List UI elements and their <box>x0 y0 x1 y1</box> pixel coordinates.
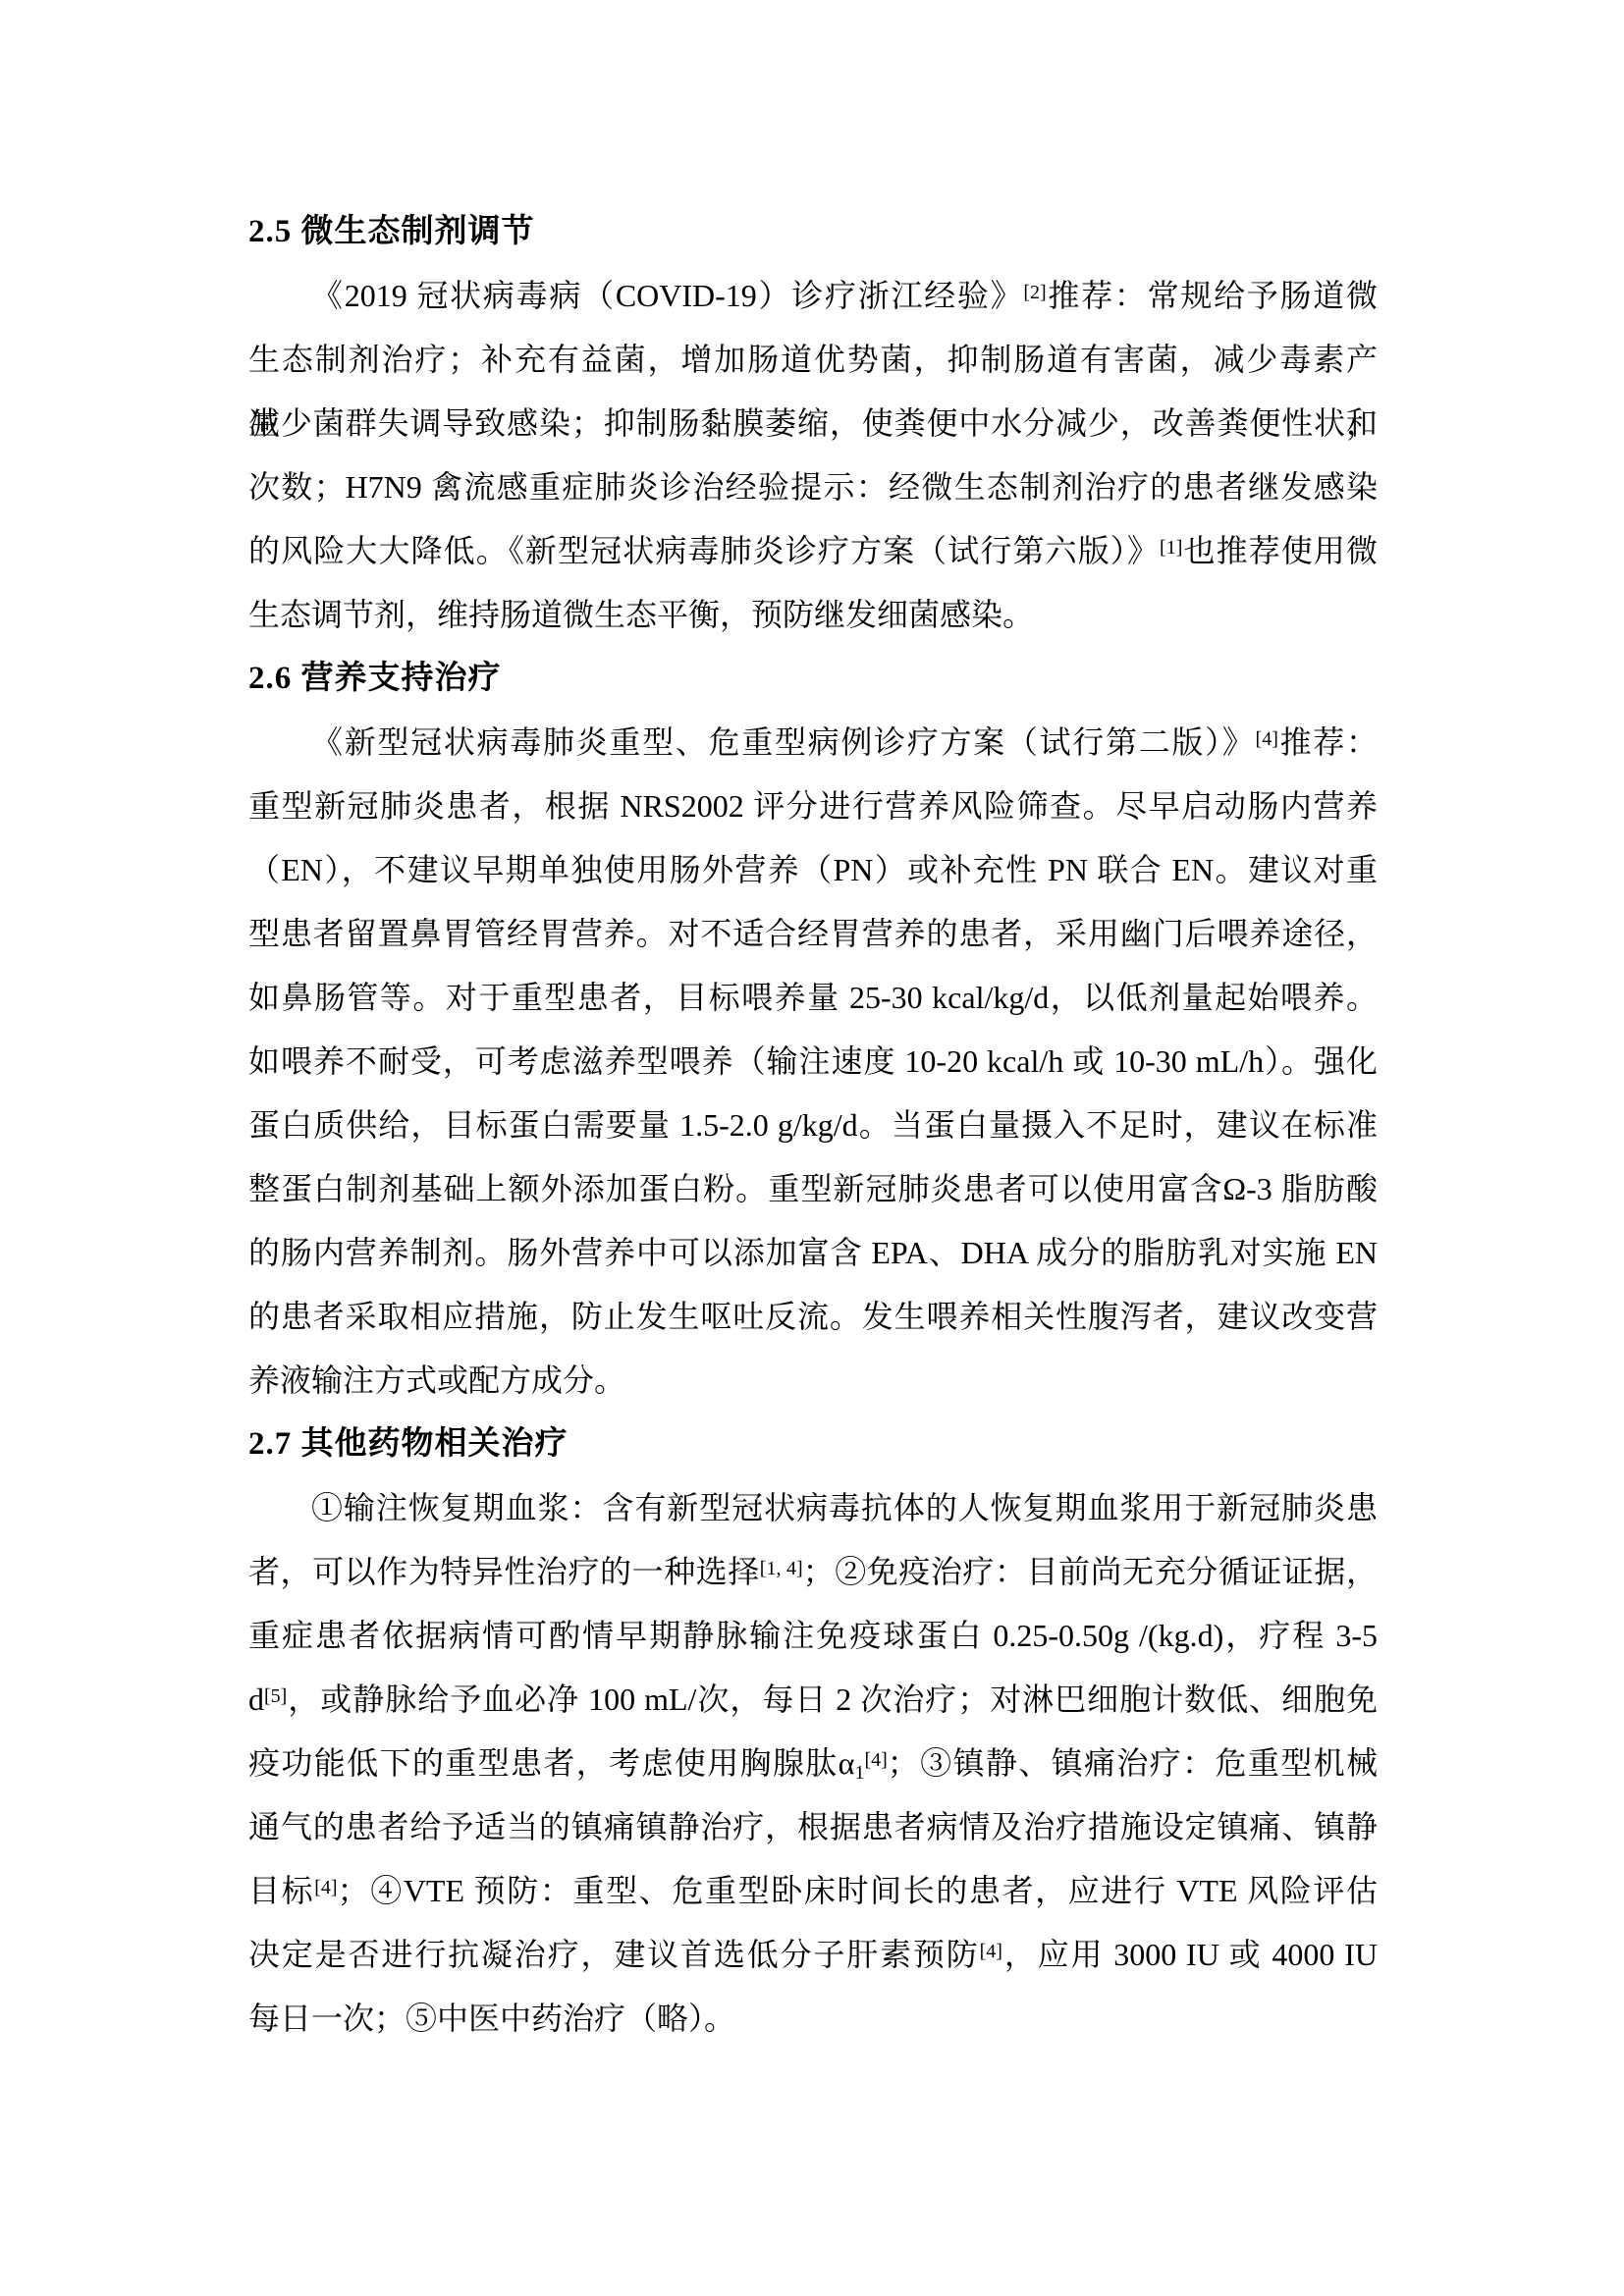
text-segment: 次数；H7N9 禽流感重症肺炎诊治经验提示：经微生态制剂治疗的患者继发感染 <box>248 469 1378 505</box>
text-segment: 的风险大大降低。《新型冠状病毒肺炎诊疗方案（试行第六版）》 <box>248 533 1160 568</box>
text-segment: 如鼻肠管等。对于重型患者，目标喂养量 25-30 kcal/kg/d，以低剂量起… <box>248 980 1378 1015</box>
text-segment: 推荐：常规给予肠道微 <box>1047 278 1378 313</box>
text-segment: 的患者采取相应措施，防止发生呕吐反流。发生喂养相关性腹泻者，建议改变营 <box>248 1299 1378 1334</box>
text-line: 次数；H7N9 禽流感重症肺炎诊治经验提示：经微生态制剂治疗的患者继发感染 <box>248 455 1378 519</box>
text-segment: 生态调节剂，维持肠道微生态平衡，预防继发细菌感染。 <box>248 597 1034 632</box>
citation-ref: [4] <box>980 1941 1002 1962</box>
citation-ref: [2] <box>1023 282 1046 303</box>
text-line: 每日一次；⑤中医中药治疗（略）。 <box>248 1987 1378 2051</box>
text-line: 《2019 冠状病毒病（COVID-19）诊疗浙江经验》[2]推荐：常规给予肠道… <box>248 264 1378 328</box>
text-line: 蛋白质供给，目标蛋白需要量 1.5-2.0 g/kg/d。当蛋白量摄入不足时，建… <box>248 1094 1378 1157</box>
text-line: 者，可以作为特异性治疗的一种选择[1, 4]；②免疫治疗：目前尚无充分循证证据， <box>248 1540 1378 1604</box>
text-segment: ；③镇静、镇痛治疗：危重型机械 <box>888 1745 1378 1781</box>
text-segment: 蛋白质供给，目标蛋白需要量 1.5-2.0 g/kg/d。当蛋白量摄入不足时，建… <box>248 1107 1378 1143</box>
text-line: （EN），不建议早期单独使用肠外营养（PN）或补充性 PN 联合 EN。建议对重 <box>248 838 1378 902</box>
section-heading-2-5: 2.5 微生态制剂调节 <box>248 200 1378 264</box>
text-line: d[5]，或静脉给予血必净 100 mL/次，每日 2 次治疗；对淋巴细胞计数低… <box>248 1668 1378 1732</box>
document-page: 2.5 微生态制剂调节《2019 冠状病毒病（COVID-19）诊疗浙江经验》[… <box>0 0 1624 2296</box>
citation-ref: [4] <box>1256 728 1278 750</box>
text-segment: 也推荐使用微 <box>1182 533 1378 568</box>
text-line: 的肠内营养制剂。肠外营养中可以添加富含 EPA、DHA 成分的脂肪乳对实施 EN <box>248 1221 1378 1285</box>
text-line: 养液输注方式或配方成分。 <box>248 1349 1378 1413</box>
citation-ref: [1, 4] <box>760 1558 803 1579</box>
text-line: 整蛋白制剂基础上额外添加蛋白粉。重型新冠肺炎患者可以使用富含Ω-3 脂肪酸 <box>248 1157 1378 1221</box>
text-line: ①输注恢复期血浆：含有新型冠状病毒抗体的人恢复期血浆用于新冠肺炎患 <box>248 1476 1378 1540</box>
citation-ref: [5] <box>264 1685 287 1707</box>
text-segment: ；②免疫治疗：目前尚无充分循证证据， <box>803 1554 1378 1589</box>
document-content: 2.5 微生态制剂调节《2019 冠状病毒病（COVID-19）诊疗浙江经验》[… <box>248 200 1378 2051</box>
text-segment: 推荐： <box>1278 724 1378 760</box>
text-segment: 《新型冠状病毒肺炎重型、危重型病例诊疗方案（试行第二版）》 <box>311 724 1256 760</box>
text-segment: ；④VTE 预防：重型、危重型卧床时间长的患者，应进行 VTE 风险评估 <box>338 1873 1378 1908</box>
text-line: 生态制剂治疗；补充有益菌，增加肠道优势菌，抑制肠道有害菌，减少毒素产生， <box>248 328 1378 392</box>
text-segment: 疫功能低下的重型患者，考虑使用胸腺肽α <box>248 1745 854 1781</box>
text-segment: 《2019 冠状病毒病（COVID-19）诊疗浙江经验》 <box>311 278 1023 313</box>
section-heading-2-6: 2.6 营养支持治疗 <box>248 647 1378 711</box>
text-segment: ，应用 3000 IU 或 4000 IU <box>1002 1937 1378 1972</box>
text-segment: ，或静脉给予血必净 100 mL/次，每日 2 次治疗；对淋巴细胞计数低、细胞免 <box>287 1682 1378 1717</box>
citation-ref: [4] <box>864 1749 887 1771</box>
text-line: 减少菌群失调导致感染；抑制肠黏膜萎缩，使粪便中水分减少，改善粪便性状和 <box>248 392 1378 455</box>
text-segment: （EN），不建议早期单独使用肠外营养（PN）或补充性 PN 联合 EN。建议对重 <box>248 852 1378 887</box>
text-segment: 的肠内营养制剂。肠外营养中可以添加富含 EPA、DHA 成分的脂肪乳对实施 EN <box>248 1235 1378 1270</box>
text-segment: 如喂养不耐受，可考虑滋养型喂养（输注速度 10-20 kcal/h 或 10-3… <box>248 1043 1378 1079</box>
text-line: 如喂养不耐受，可考虑滋养型喂养（输注速度 10-20 kcal/h 或 10-3… <box>248 1030 1378 1094</box>
text-line: 重型新冠肺炎患者，根据 NRS2002 评分进行营养风险筛查。尽早启动肠内营养 <box>248 774 1378 838</box>
citation-ref: [1] <box>1160 537 1182 559</box>
text-segment: d <box>248 1682 264 1717</box>
text-segment: 减少菌群失调导致感染；抑制肠黏膜萎缩，使粪便中水分减少，改善粪便性状和 <box>248 405 1378 441</box>
text-segment: ①输注恢复期血浆：含有新型冠状病毒抗体的人恢复期血浆用于新冠肺炎患 <box>311 1490 1378 1525</box>
text-line: 《新型冠状病毒肺炎重型、危重型病例诊疗方案（试行第二版）》[4]推荐： <box>248 711 1378 774</box>
text-segment: 每日一次；⑤中医中药治疗（略）。 <box>248 2001 735 2036</box>
text-segment: 养液输注方式或配方成分。 <box>248 1362 625 1398</box>
text-segment: 重型新冠肺炎患者，根据 NRS2002 评分进行营养风险筛查。尽早启动肠内营养 <box>248 788 1378 824</box>
text-line: 疫功能低下的重型患者，考虑使用胸腺肽α1[4]；③镇静、镇痛治疗：危重型机械 <box>248 1732 1378 1795</box>
text-segment: 整蛋白制剂基础上额外添加蛋白粉。重型新冠肺炎患者可以使用富含Ω-3 脂肪酸 <box>248 1171 1378 1206</box>
text-segment: 者，可以作为特异性治疗的一种选择 <box>248 1554 760 1589</box>
text-line: 目标[4]；④VTE 预防：重型、危重型卧床时间长的患者，应进行 VTE 风险评… <box>248 1859 1378 1923</box>
text-line: 决定是否进行抗凝治疗，建议首选低分子肝素预防[4]，应用 3000 IU 或 4… <box>248 1923 1378 1987</box>
text-line: 如鼻肠管等。对于重型患者，目标喂养量 25-30 kcal/kg/d，以低剂量起… <box>248 966 1378 1030</box>
text-line: 通气的患者给予适当的镇痛镇静治疗，根据患者病情及治疗措施设定镇痛、镇静 <box>248 1795 1378 1859</box>
subscript-text: 1 <box>854 1762 864 1784</box>
text-segment: 重症患者依据病情可酌情早期静脉输注免疫球蛋白 0.25-0.50g /(kg.d… <box>248 1618 1378 1653</box>
text-line: 的患者采取相应措施，防止发生呕吐反流。发生喂养相关性腹泻者，建议改变营 <box>248 1285 1378 1349</box>
text-segment: 型患者留置鼻胃管经胃营养。对不适合经胃营养的患者，采用幽门后喂养途径， <box>248 916 1378 951</box>
text-segment: 决定是否进行抗凝治疗，建议首选低分子肝素预防 <box>248 1937 980 1972</box>
text-line: 的风险大大降低。《新型冠状病毒肺炎诊疗方案（试行第六版）》[1]也推荐使用微 <box>248 519 1378 583</box>
text-line: 重症患者依据病情可酌情早期静脉输注免疫球蛋白 0.25-0.50g /(kg.d… <box>248 1604 1378 1668</box>
text-segment: 通气的患者给予适当的镇痛镇静治疗，根据患者病情及治疗措施设定镇痛、镇静 <box>248 1809 1378 1844</box>
text-segment: 目标 <box>248 1873 314 1908</box>
text-line: 生态调节剂，维持肠道微生态平衡，预防继发细菌感染。 <box>248 583 1378 647</box>
text-line: 型患者留置鼻胃管经胃营养。对不适合经胃营养的患者，采用幽门后喂养途径， <box>248 902 1378 966</box>
section-heading-2-7: 2.7 其他药物相关治疗 <box>248 1413 1378 1476</box>
citation-ref: [4] <box>314 1877 337 1898</box>
